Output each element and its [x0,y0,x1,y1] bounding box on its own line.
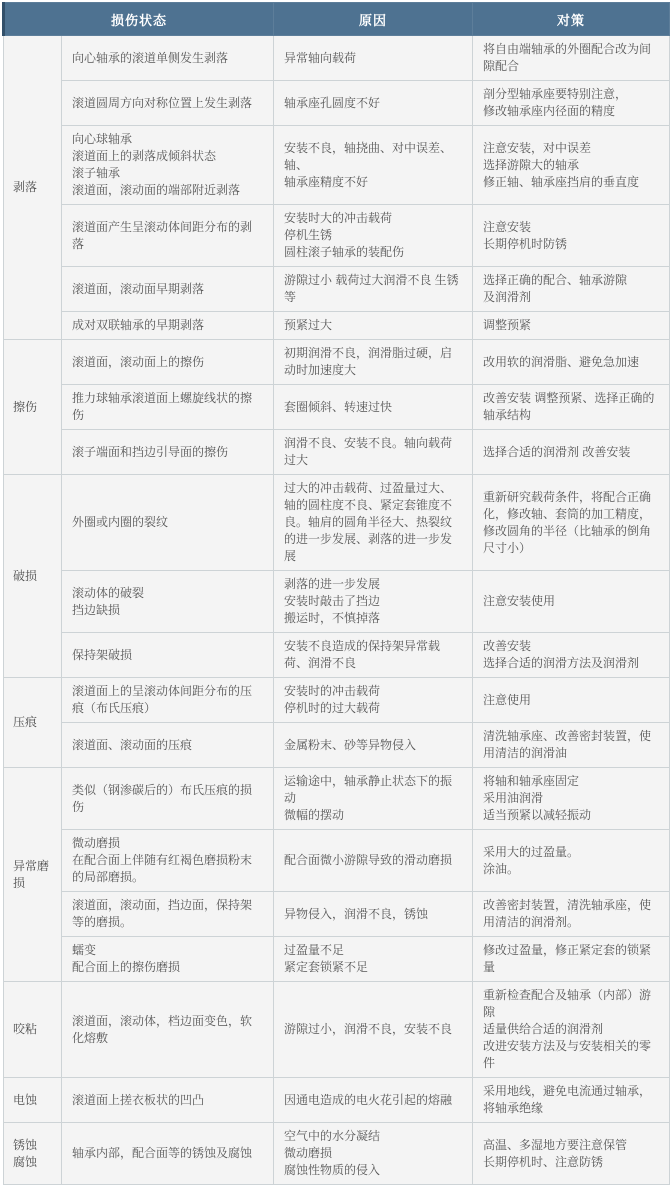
bearing-damage-table: 损伤状态 原因 对策 剥落向心轴承的滚道单侧发生剥落异常轴向载荷将自由端轴承的外… [2,2,670,1185]
measure-cell: 将轴和轴承座固定 采用油润滑 适当预紧以减轻振动 [473,768,670,830]
damage-cell: 滚道面上搓衣板状的凹凸 [62,1078,274,1123]
damage-cell: 滚道面上的呈滚动体间距分布的压痕（布氏压痕） [62,678,274,723]
damage-cell: 滚道面，滚动体，档边面变色，软化熔敷 [62,982,274,1078]
cause-cell: 安装时的冲击载荷 停机时的过大载荷 [274,678,473,723]
cause-cell: 预紧过大 [274,312,473,340]
category-cell: 异常磨损 [4,768,62,982]
measure-cell: 高温、多湿地方要注意保管 长期停机时、注意防锈 [473,1123,670,1185]
table-row: 滚道面，滚动面，挡边面，保持架等的磨损。异物侵入，润滑不良，锈蚀改善密封装置，清… [4,892,670,937]
damage-cell: 滚道面、滚动面的压痕 [62,723,274,768]
measure-cell: 改用软的润滑脂、避免急加速 [473,340,670,385]
cause-cell: 过大的冲击载荷、过盈量过大、轴的圆柱度不良、紧定套锥度不良。轴肩的圆角半径大、热… [274,475,473,571]
table-row: 压痕滚道面上的呈滚动体间距分布的压痕（布氏压痕）安装时的冲击载荷 停机时的过大载… [4,678,670,723]
table-row: 滚道面，滚动面早期剥落游隙过小 载荷过大润滑不良 生锈等选择正确的配合、轴承游隙… [4,267,670,312]
damage-cell: 保持架破损 [62,633,274,678]
cause-cell: 初期润滑不良，润滑脂过硬，启动时加速度大 [274,340,473,385]
table-row: 滚道圆周方向对称位置上发生剥落轴承座孔圆度不好剖分型轴承座要特别注意， 修改轴承… [4,81,670,126]
category-cell: 破损 [4,475,62,678]
table-row: 擦伤滚道面，滚动面上的擦伤初期润滑不良，润滑脂过硬，启动时加速度大改用软的润滑脂… [4,340,670,385]
damage-cell: 向心球轴承 滚道面上的剥落成倾斜状态 滚子轴承 滚道面，滚动面的端部附近剥落 [62,126,274,205]
category-cell: 压痕 [4,678,62,768]
header-measure: 对策 [473,3,670,36]
measure-cell: 清洗轴承座、改善密封装置，使用清洁的润滑油 [473,723,670,768]
measure-cell: 采用地线，避免电流通过轴承，将轴承绝缘 [473,1078,670,1123]
table-row: 剥落向心轴承的滚道单侧发生剥落异常轴向载荷将自由端轴承的外圈配合改为间隙配合 [4,36,670,81]
measure-cell: 注意安装，对中误差 选择游隙大的轴承 修正轴、轴承座挡肩的垂直度 [473,126,670,205]
damage-cell: 外圈或内圈的裂纹 [62,475,274,571]
cause-cell: 异物侵入，润滑不良，锈蚀 [274,892,473,937]
measure-cell: 改善安装 选择合适的润滑方法及润滑剂 [473,633,670,678]
cause-cell: 套圈倾斜、转速过快 [274,385,473,430]
damage-cell: 类似（钢渗碳后的）布氏压痕的损伤 [62,768,274,830]
cause-cell: 运输途中，轴承静止状态下的振动 微幅的摆动 [274,768,473,830]
table-row: 向心球轴承 滚道面上的剥落成倾斜状态 滚子轴承 滚道面，滚动面的端部附近剥落安装… [4,126,670,205]
table-row: 保持架破损安装不良造成的保持架异常载荷、润滑不良改善安装 选择合适的润滑方法及润… [4,633,670,678]
damage-cell: 滚道面，滚动面上的擦伤 [62,340,274,385]
table-row: 咬粘滚道面，滚动体，档边面变色，软化熔敷游隙过小，润滑不良，安装不良重新检查配合… [4,982,670,1078]
cause-cell: 安装时大的冲击载荷 停机生锈 圆柱滚子轴承的装配伤 [274,205,473,267]
cause-cell: 异常轴向载荷 [274,36,473,81]
header-row: 损伤状态 原因 对策 [4,3,670,36]
damage-table-body: 剥落向心轴承的滚道单侧发生剥落异常轴向载荷将自由端轴承的外圈配合改为间隙配合滚道… [4,36,670,1185]
table-row: 成对双联轴承的早期剥落预紧过大调整预紧 [4,312,670,340]
measure-cell: 注意安装 长期停机时防锈 [473,205,670,267]
measure-cell: 将自由端轴承的外圈配合改为间隙配合 [473,36,670,81]
cause-cell: 游隙过小 载荷过大润滑不良 生锈等 [274,267,473,312]
measure-cell: 采用大的过盈量。 涂油。 [473,830,670,892]
category-cell: 电蚀 [4,1078,62,1123]
cause-cell: 轴承座孔圆度不好 [274,81,473,126]
damage-cell: 滚道面，滚动面早期剥落 [62,267,274,312]
cause-cell: 过盈量不足 紧定套锁紧不足 [274,937,473,982]
table-row: 异常磨损类似（钢渗碳后的）布氏压痕的损伤运输途中，轴承静止状态下的振动 微幅的摆… [4,768,670,830]
table-row: 锈蚀 腐蚀轴承内部，配合面等的锈蚀及腐蚀空气中的水分凝结 微动磨损 腐蚀性物质的… [4,1123,670,1185]
table-row: 蠕变 配合面上的擦伤磨损过盈量不足 紧定套锁紧不足修改过盈量，修正紧定套的锁紧量 [4,937,670,982]
header-damage-state: 损伤状态 [4,3,274,36]
table-row: 滚动体的破裂 挡边缺损剥落的进一步发展 安装时敲击了挡边 搬运时，不慎掉落注意安… [4,571,670,633]
measure-cell: 改善安装 调整预紧、选择正确的轴承结构 [473,385,670,430]
damage-cell: 轴承内部，配合面等的锈蚀及腐蚀 [62,1123,274,1185]
damage-cell: 向心轴承的滚道单侧发生剥落 [62,36,274,81]
category-cell: 擦伤 [4,340,62,475]
cause-cell: 金属粉末、砂等异物侵入 [274,723,473,768]
damage-cell: 滚道面，滚动面，挡边面，保持架等的磨损。 [62,892,274,937]
damage-cell: 微动磨损 在配合面上伴随有红褐色磨损粉末的局部磨损。 [62,830,274,892]
damage-cell: 推力球轴承滚道面上螺旋线状的擦伤 [62,385,274,430]
cause-cell: 配合面微小游隙导致的滑动磨损 [274,830,473,892]
measure-cell: 调整预紧 [473,312,670,340]
cause-cell: 安装不良，轴挠曲、对中误差、 轴、 轴承座精度不好 [274,126,473,205]
damage-cell: 滚道面产生呈滚动体间距分布的剥落 [62,205,274,267]
measure-cell: 选择合适的润滑剂 改善安装 [473,430,670,475]
measure-cell: 选择正确的配合、轴承游隙 及润滑剂 [473,267,670,312]
measure-cell: 修改过盈量，修正紧定套的锁紧量 [473,937,670,982]
category-cell: 咬粘 [4,982,62,1078]
bearing-damage-page: 损伤状态 原因 对策 剥落向心轴承的滚道单侧发生剥落异常轴向载荷将自由端轴承的外… [0,0,670,1187]
table-row: 滚道面、滚动面的压痕金属粉末、砂等异物侵入清洗轴承座、改善密封装置，使用清洁的润… [4,723,670,768]
cause-cell: 游隙过小，润滑不良，安装不良 [274,982,473,1078]
damage-cell: 滚动体的破裂 挡边缺损 [62,571,274,633]
measure-cell: 重新检查配合及轴承（内部）游隙 适量供给合适的润滑剂 改进安装方法及与安装相关的… [473,982,670,1078]
damage-cell: 滚子端面和挡边引导面的擦伤 [62,430,274,475]
category-cell: 剥落 [4,36,62,340]
cause-cell: 因通电造成的电火花引起的熔融 [274,1078,473,1123]
measure-cell: 剖分型轴承座要特别注意， 修改轴承座内径面的精度 [473,81,670,126]
measure-cell: 改善密封装置，清洗轴承座，使用清洁的润滑剂。 [473,892,670,937]
table-row: 破损外圈或内圈的裂纹过大的冲击载荷、过盈量过大、轴的圆柱度不良、紧定套锥度不良。… [4,475,670,571]
damage-cell: 成对双联轴承的早期剥落 [62,312,274,340]
table-row: 推力球轴承滚道面上螺旋线状的擦伤套圈倾斜、转速过快改善安装 调整预紧、选择正确的… [4,385,670,430]
table-row: 滚道面产生呈滚动体间距分布的剥落安装时大的冲击载荷 停机生锈 圆柱滚子轴承的装配… [4,205,670,267]
cause-cell: 安装不良造成的保持架异常载荷、润滑不良 [274,633,473,678]
cause-cell: 空气中的水分凝结 微动磨损 腐蚀性物质的侵入 [274,1123,473,1185]
table-header: 损伤状态 原因 对策 [4,3,670,36]
cause-cell: 剥落的进一步发展 安装时敲击了挡边 搬运时，不慎掉落 [274,571,473,633]
table-row: 微动磨损 在配合面上伴随有红褐色磨损粉末的局部磨损。配合面微小游隙导致的滑动磨损… [4,830,670,892]
category-cell: 锈蚀 腐蚀 [4,1123,62,1185]
damage-cell: 滚道圆周方向对称位置上发生剥落 [62,81,274,126]
measure-cell: 注意安装使用 [473,571,670,633]
table-row: 滚子端面和挡边引导面的擦伤润滑不良、安装不良。轴向载荷过大选择合适的润滑剂 改善… [4,430,670,475]
header-cause: 原因 [274,3,473,36]
table-row: 电蚀滚道面上搓衣板状的凹凸因通电造成的电火花引起的熔融采用地线，避免电流通过轴承… [4,1078,670,1123]
measure-cell: 重新研究载荷条件，将配合正确化，修改轴、套筒的加工精度，修改圆角的半径（比轴承的… [473,475,670,571]
damage-cell: 蠕变 配合面上的擦伤磨损 [62,937,274,982]
measure-cell: 注意使用 [473,678,670,723]
cause-cell: 润滑不良、安装不良。轴向载荷过大 [274,430,473,475]
